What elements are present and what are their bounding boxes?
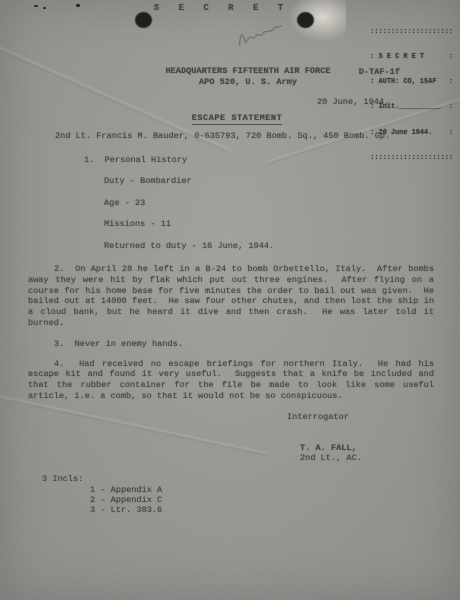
enclosures-heading: 3 Incls: [42, 475, 434, 485]
paragraph-2: 2. On April 28 he left in a B-24 to bomb… [28, 264, 434, 329]
personal-history-age: Age - 23 [104, 199, 434, 209]
handwritten-annotation [232, 18, 288, 54]
interrogator-label: Interrogator [287, 413, 434, 423]
paragraph-3: 3. Never in enemy hands. [28, 339, 434, 350]
apo-line: APO 520, U. S. Army [18, 77, 460, 88]
paragraph-4: 4. Had received no escape briefings for … [28, 359, 434, 402]
stamp-classification: : S E C R E T : [370, 53, 453, 61]
enclosure-item-2: 2 - Appendix C [90, 495, 434, 505]
document-date: 20 June, 1944. [317, 97, 389, 107]
document-title: ESCAPE STATEMENT [7, 113, 460, 123]
personal-history-duty: Duty - Bombardier [104, 177, 434, 187]
personal-history-heading: 1. Personal History [84, 156, 434, 166]
subject-line: 2nd Lt. Francis M. Bauder, 0-635793, 720… [55, 132, 434, 142]
punch-hole-icon [135, 12, 152, 28]
stamp-border-top: :::::::::::::::::::: [370, 28, 453, 36]
enclosure-item-3: 3 - Ltr. 383.6 [90, 505, 434, 515]
enclosure-item-1: 1 - Appendix A [90, 485, 434, 495]
headquarters-line: HEADQUARTERS FIFTEENTH AIR FORCE [18, 66, 460, 77]
document-title-text: ESCAPE STATEMENT [192, 113, 283, 125]
scanned-document-page: S E C R E T :::::::::::::::::::: : S E C… [0, 0, 460, 600]
signature-rank: 2nd Lt., AC. [300, 454, 434, 464]
personal-history-returned: Returned to duty - 16 June, 1944. [104, 242, 434, 252]
punch-hole-icon [297, 12, 314, 28]
personal-history-missions: Missions - 11 [104, 220, 434, 230]
letterhead: HEADQUARTERS FIFTEENTH AIR FORCE APO 520… [18, 66, 460, 87]
document-body: 2nd Lt. Francis M. Bauder, 0-635793, 720… [28, 132, 434, 515]
